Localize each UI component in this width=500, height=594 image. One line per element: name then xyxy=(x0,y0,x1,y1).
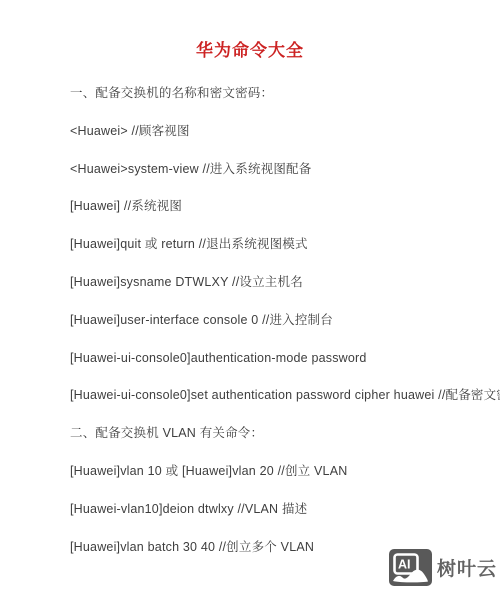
text-line: [Huawei-vlan10]deion dtwlxy //VLAN 描述 xyxy=(70,491,470,529)
logo-ai-text: AI xyxy=(398,558,411,572)
text-line: [Huawei-ui-console0]set authentication p… xyxy=(70,377,470,415)
text-line: <Huawei> //顾客视图 xyxy=(70,113,470,151)
text-line: [Huawei]user-interface console 0 //进入控制台 xyxy=(70,302,470,340)
command-list: 一、配备交换机的名称和密文密码：<Huawei> //顾客视图<Huawei>s… xyxy=(70,75,470,566)
text-line: [Huawei]sysname DTWLXY //设立主机名 xyxy=(70,264,470,302)
text-line: [Huawei]vlan 10 或 [Huawei]vlan 20 //创立 V… xyxy=(70,453,470,491)
text-line: 二、配备交换机 VLAN 有关命令： xyxy=(70,415,470,453)
ai-image-logo-icon: AI xyxy=(389,549,432,586)
document-page: 华为命令大全 一、配备交换机的名称和密文密码：<Huawei> //顾客视图<H… xyxy=(0,0,500,594)
watermark: AI 树叶云 xyxy=(389,549,497,586)
watermark-brand-text: 树叶云 xyxy=(437,554,497,581)
page-title: 华为命令大全 xyxy=(0,36,500,61)
text-line: [Huawei-ui-console0]authentication-mode … xyxy=(70,340,470,378)
text-line: <Huawei>system-view //进入系统视图配备 xyxy=(70,151,470,189)
text-line: [Huawei]quit 或 return //退出系统视图模式 xyxy=(70,226,470,264)
text-line: 一、配备交换机的名称和密文密码： xyxy=(70,75,470,113)
text-line: [Huawei] //系统视图 xyxy=(70,188,470,226)
